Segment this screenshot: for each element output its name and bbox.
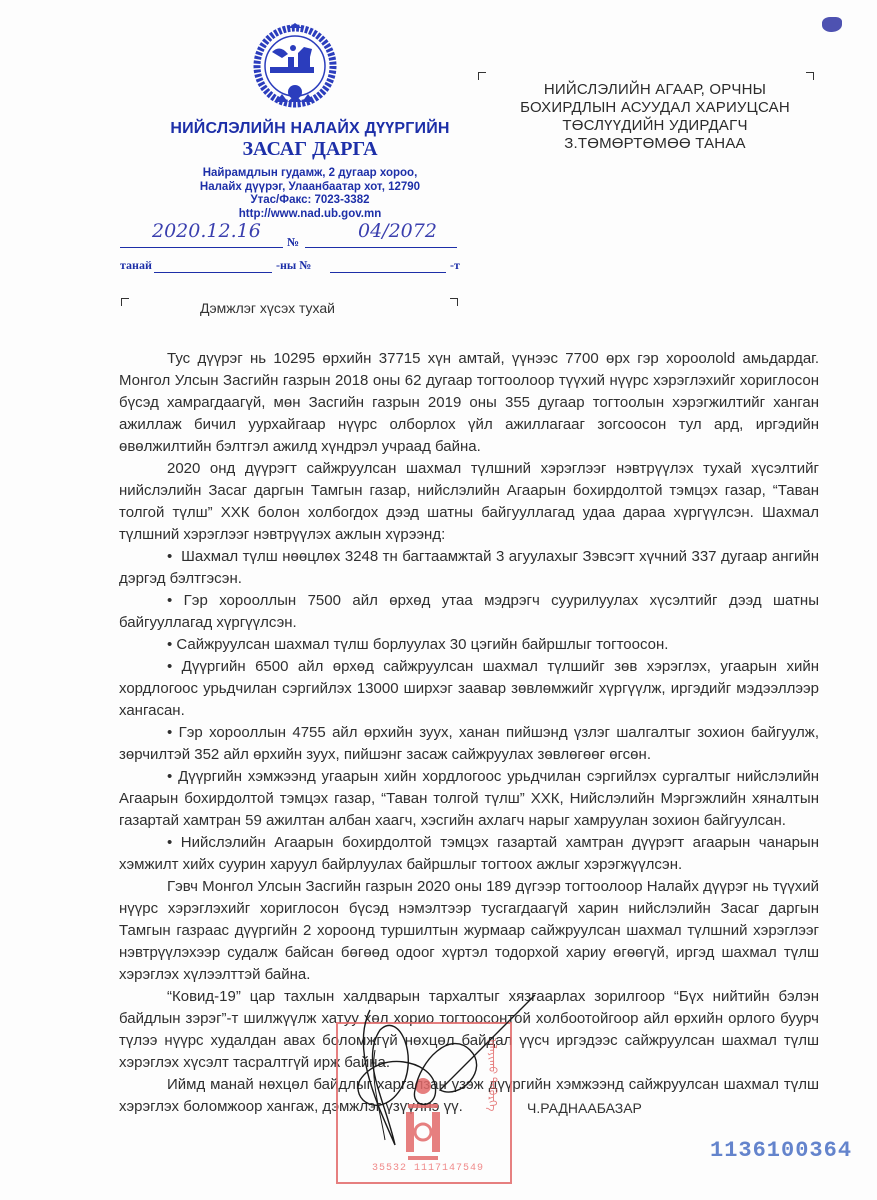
- letter-number: 04/2072: [358, 220, 437, 242]
- signature-icon: [340, 990, 540, 1170]
- bullet-item: • Дүүргийн 6500 айл өрхөд сайжруулсан ша…: [119, 656, 819, 722]
- bullet-item: • Гэр хорооллын 4755 айл өрхийн зуух, ха…: [119, 722, 819, 766]
- bullet-item: • Нийслэлийн Агаарын бохирдолтой тэмцэх …: [119, 832, 819, 876]
- signer-name: Ч.РАДНААБАЗАР: [527, 1100, 642, 1116]
- address-line: Найрамдлын гудамж, 2 дугаар хороо,: [150, 167, 470, 181]
- ref-suffix: -т: [450, 258, 460, 273]
- org-name: НИЙСЛЭЛИЙН НАЛАЙХ ДҮҮРГИЙН: [150, 120, 470, 138]
- address-line: Налайх дүүрэг, Улаанбаатар хот, 12790: [150, 181, 470, 195]
- bullet-item: • Шахмал түлш нөөцлөх 3248 тн багтаамжта…: [119, 546, 819, 590]
- addressee-line: НИЙСЛЭЛИЙН АГААР, ОРЧНЫ: [505, 81, 805, 99]
- bullet-item: • Сайжруулсан шахмал түлш борлуулах 30 ц…: [119, 634, 819, 656]
- reference-row: танай -ны № -т: [120, 258, 465, 278]
- addressee-line: БОХИРДЛЫН АСУУДАЛ ХАРИУЦСАН: [505, 99, 805, 117]
- state-emblem-icon: [248, 22, 342, 114]
- addressee-line: ТӨСЛҮҮДИЙН УДИРДАГЧ: [505, 117, 805, 135]
- addressee-corner-mark: [478, 72, 486, 80]
- addressee-name: З.ТӨМӨРТӨМӨӨ ТАНАА: [505, 135, 805, 153]
- body-paragraph: Тус дүүрэг нь 10295 өрхийн 37715 хүн амт…: [119, 348, 819, 458]
- body-paragraph: Гэвч Монгол Улсын Засгийн газрын 2020 он…: [119, 876, 819, 986]
- org-title: ЗАСАГ ДАРГА: [150, 138, 470, 161]
- bullet-item: • Гэр хорооллын 7500 айл өрхөд утаа мэдр…: [119, 590, 819, 634]
- subject-corner-mark: [450, 298, 458, 306]
- phone-line: Утас/Факс: 7023-3382: [150, 194, 470, 208]
- ref-prefix: танай: [120, 258, 152, 273]
- website-link[interactable]: http://www.nad.ub.gov.mn: [150, 208, 470, 222]
- ref-mid: -ны №: [276, 258, 311, 273]
- number-sign: №: [287, 235, 299, 250]
- org-address: Найрамдлын гудамж, 2 дугаар хороо, Налай…: [150, 167, 470, 221]
- date-number-row: 2020.12.16 № 04/2072: [120, 222, 460, 248]
- letter-date: 2020.12.16: [152, 220, 261, 242]
- letter-subject: Дэмжлэг хүсэх тухай: [200, 300, 335, 316]
- body-paragraph: 2020 онд дүүрэгт сайжруулсан шахмал түлш…: [119, 458, 819, 546]
- subject-corner-mark: [121, 298, 129, 306]
- ink-mark: [822, 17, 842, 32]
- registration-number: 1136100364: [710, 1138, 852, 1163]
- addressee-block: НИЙСЛЭЛИЙН АГААР, ОРЧНЫ БОХИРДЛЫН АСУУДА…: [505, 81, 805, 153]
- addressee-corner-mark: [806, 72, 814, 80]
- bullet-item: • Дүүргийн хэмжээнд угаарын хийн хордлог…: [119, 766, 819, 832]
